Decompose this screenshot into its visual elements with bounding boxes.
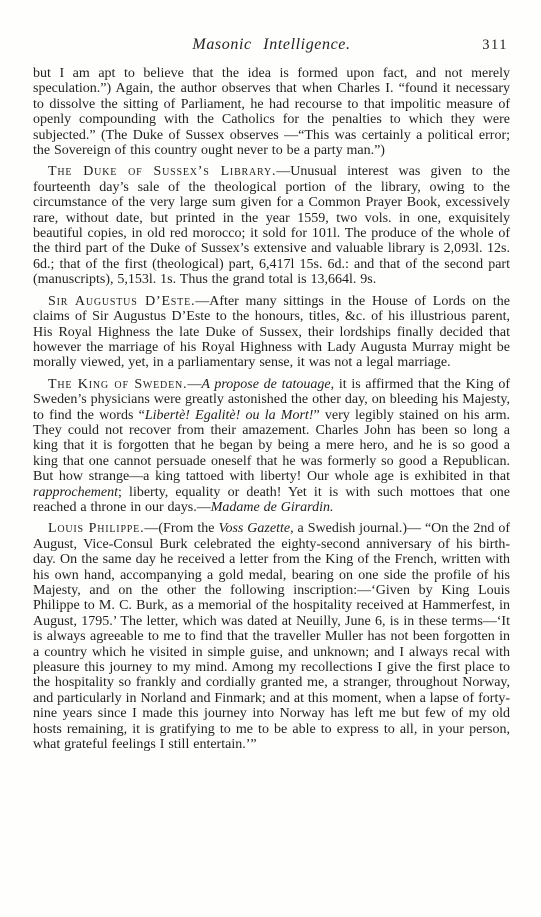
article-heading: Louis Philippe. xyxy=(48,521,144,536)
text-run: —(From the xyxy=(144,521,218,536)
article-heading: The Duke of Sussex’s Library. xyxy=(48,164,276,179)
page-number: 311 xyxy=(482,37,508,54)
text-run: Voss Gazette xyxy=(218,521,290,536)
text-run: but I am apt to believe that the idea is… xyxy=(33,66,510,158)
paragraph: The King of Sweden.—A propose de tatouag… xyxy=(33,377,510,516)
running-head: Masonic Intelligence. 311 xyxy=(33,36,510,56)
paragraph: The Duke of Sussex’s Library.—Unusual in… xyxy=(33,164,510,287)
text-body: but I am apt to believe that the idea is… xyxy=(33,66,510,752)
text-run: Libertè! Egalitè! ou la Mort! xyxy=(145,408,314,423)
text-run: —Unusual interest was given to the fourt… xyxy=(33,164,510,287)
text-run: rapprochement xyxy=(33,485,118,500)
text-run: — xyxy=(187,377,201,392)
paragraph: but I am apt to believe that the idea is… xyxy=(33,66,510,158)
text-run: Madame de Girardin. xyxy=(211,500,334,515)
document-page: Masonic Intelligence. 311 but I am apt t… xyxy=(0,0,541,917)
paragraph: Louis Philippe.—(From the Voss Gazette, … xyxy=(33,521,510,752)
paragraph: Sir Augustus D’Este.—After many sittings… xyxy=(33,294,510,371)
page-title: Masonic Intelligence. xyxy=(33,36,510,54)
text-run: A propose de tatouage xyxy=(201,377,330,392)
text-run: , a Swedish journal.)— “On the 2nd of Au… xyxy=(33,521,510,752)
article-heading: Sir Augustus D’Este. xyxy=(48,294,195,309)
article-heading: The King of Sweden. xyxy=(48,377,187,392)
